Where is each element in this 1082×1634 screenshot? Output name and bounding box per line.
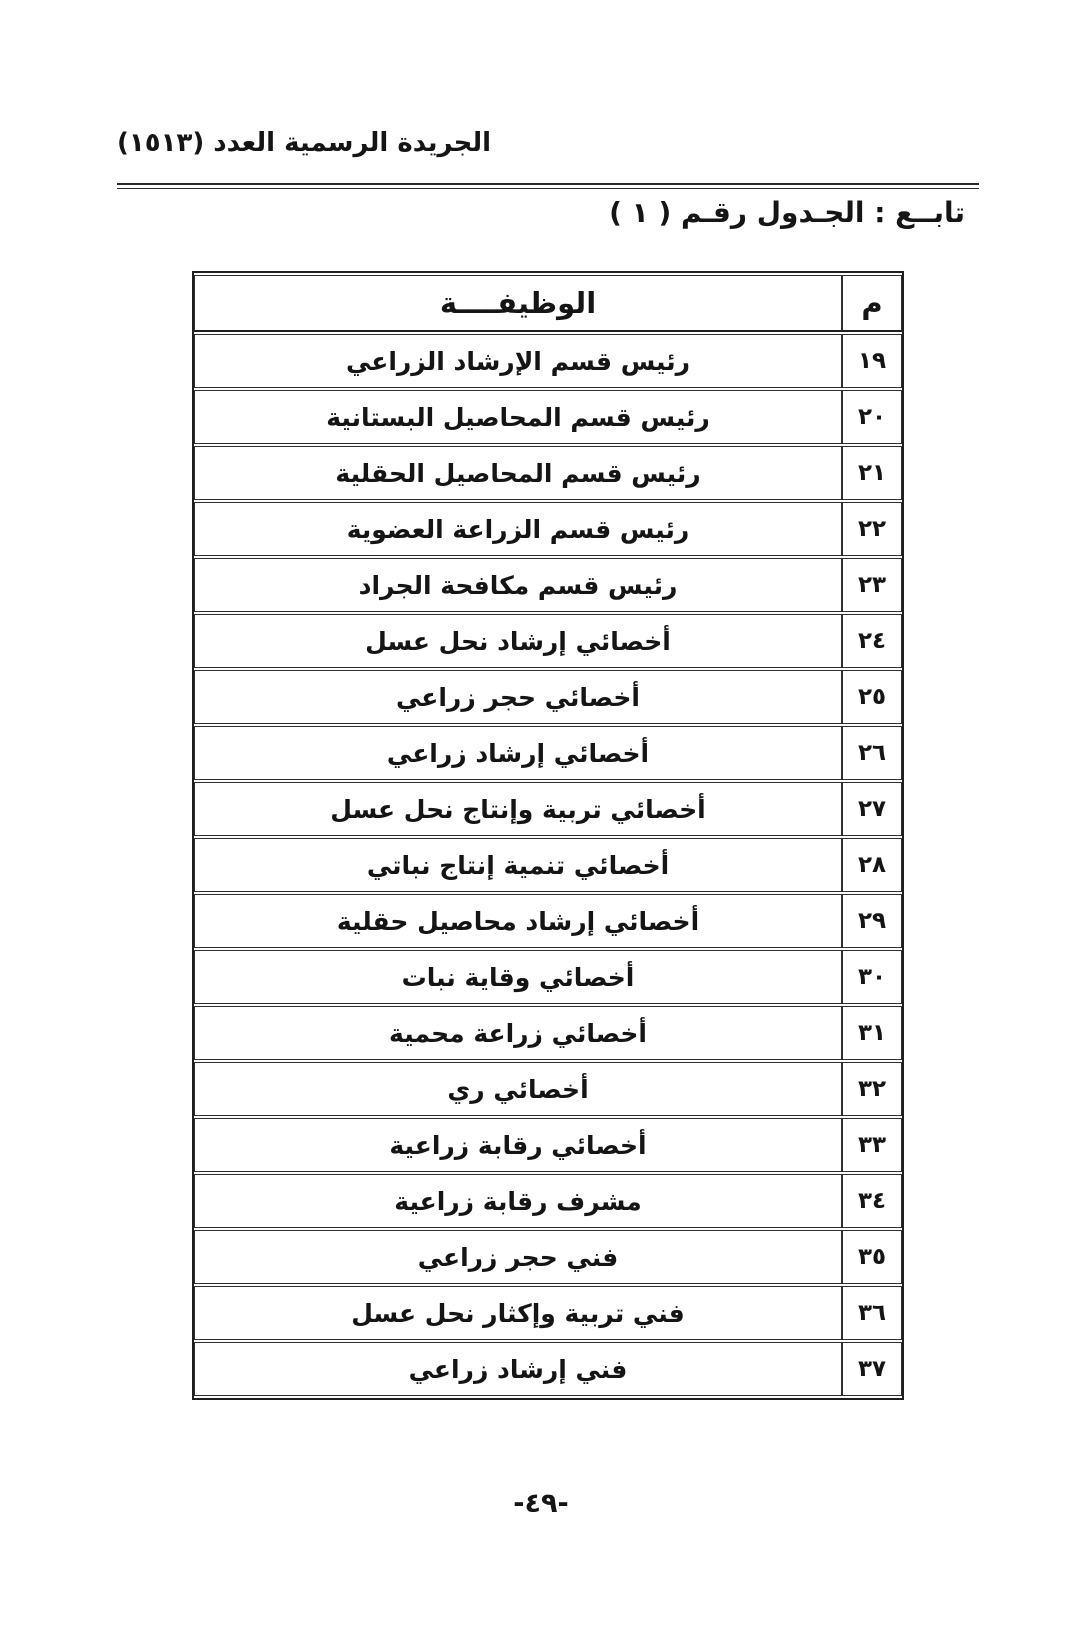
- table-row: ٢٦أخصائي إرشاد زراعي: [194, 726, 902, 780]
- positions-table: م الوظيفــــة ١٩رئيس قسم الإرشاد الزراعي…: [192, 271, 904, 1400]
- gazette-page: الجريدة الرسمية العدد (١٥١٣) تابــع : ال…: [0, 0, 1082, 1634]
- job-title-cell: أخصائي إرشاد نحل عسل: [194, 614, 842, 668]
- row-number-cell: ٢٥: [842, 670, 902, 724]
- job-title-cell: أخصائي زراعة محمية: [194, 1006, 842, 1060]
- table-row: ٢٥أخصائي حجر زراعي: [194, 670, 902, 724]
- job-title-cell: رئيس قسم الإرشاد الزراعي: [194, 334, 842, 388]
- row-number-cell: ٣٧: [842, 1342, 902, 1396]
- table-row: ٣٢أخصائي ري: [194, 1062, 902, 1116]
- table-row: ٢١رئيس قسم المحاصيل الحقلية: [194, 446, 902, 500]
- job-title-cell: أخصائي رقابة زراعية: [194, 1118, 842, 1172]
- row-number-cell: ٢٣: [842, 558, 902, 612]
- positions-table-container: م الوظيفــــة ١٩رئيس قسم الإرشاد الزراعي…: [192, 271, 904, 1400]
- row-number-cell: ٢٠: [842, 390, 902, 444]
- page-number: -٤٩-: [0, 1488, 1082, 1519]
- job-title-cell: فني إرشاد زراعي: [194, 1342, 842, 1396]
- row-number-cell: ٢٩: [842, 894, 902, 948]
- job-title-cell: رئيس قسم المحاصيل الحقلية: [194, 446, 842, 500]
- job-title-cell: فني حجر زراعي: [194, 1230, 842, 1284]
- job-title-cell: فني تربية وإكثار نحل عسل: [194, 1286, 842, 1340]
- table-row: ٣٥فني حجر زراعي: [194, 1230, 902, 1284]
- table-row: ٢٨أخصائي تنمية إنتاج نباتي: [194, 838, 902, 892]
- table-body: ١٩رئيس قسم الإرشاد الزراعي٢٠رئيس قسم الم…: [194, 334, 902, 1396]
- table-row: ٢٣رئيس قسم مكافحة الجراد: [194, 558, 902, 612]
- row-number-cell: ٣٢: [842, 1062, 902, 1116]
- row-number-cell: ٢١: [842, 446, 902, 500]
- row-number-cell: ٣٣: [842, 1118, 902, 1172]
- table-header: م الوظيفــــة: [194, 275, 902, 332]
- row-number-cell: ١٩: [842, 334, 902, 388]
- row-number-cell: ٢٧: [842, 782, 902, 836]
- gazette-title: الجريدة الرسمية العدد (١٥١٣): [117, 128, 491, 158]
- table-row: ٣٤مشرف رقابة زراعية: [194, 1174, 902, 1228]
- job-title-cell: أخصائي تربية وإنتاج نحل عسل: [194, 782, 842, 836]
- table-row: ٣٧فني إرشاد زراعي: [194, 1342, 902, 1396]
- job-title-cell: أخصائي ري: [194, 1062, 842, 1116]
- table-row: ٣١أخصائي زراعة محمية: [194, 1006, 902, 1060]
- row-number-cell: ٢٢: [842, 502, 902, 556]
- table-row: ٣٠أخصائي وقاية نبات: [194, 950, 902, 1004]
- table-row: ٣٦فني تربية وإكثار نحل عسل: [194, 1286, 902, 1340]
- table-row: ٢٩أخصائي إرشاد محاصيل حقلية: [194, 894, 902, 948]
- job-title-cell: أخصائي إرشاد زراعي: [194, 726, 842, 780]
- job-title-cell: أخصائي إرشاد محاصيل حقلية: [194, 894, 842, 948]
- row-number-cell: ٣٠: [842, 950, 902, 1004]
- table-row: ٢٠رئيس قسم المحاصيل البستانية: [194, 390, 902, 444]
- table-row: ٢٧أخصائي تربية وإنتاج نحل عسل: [194, 782, 902, 836]
- job-title-cell: رئيس قسم مكافحة الجراد: [194, 558, 842, 612]
- job-title-cell: أخصائي حجر زراعي: [194, 670, 842, 724]
- table-row: ٣٣أخصائي رقابة زراعية: [194, 1118, 902, 1172]
- row-number-cell: ٢٨: [842, 838, 902, 892]
- table-row: ١٩رئيس قسم الإرشاد الزراعي: [194, 334, 902, 388]
- row-number-cell: ٣٤: [842, 1174, 902, 1228]
- row-number-cell: ٣١: [842, 1006, 902, 1060]
- job-title-cell: رئيس قسم المحاصيل البستانية: [194, 390, 842, 444]
- row-number-cell: ٣٥: [842, 1230, 902, 1284]
- job-title-cell: أخصائي تنمية إنتاج نباتي: [194, 838, 842, 892]
- header-job-cell: الوظيفــــة: [194, 275, 842, 332]
- header-divider-rule: [117, 183, 979, 189]
- row-number-cell: ٢٤: [842, 614, 902, 668]
- table-row: ٢٤أخصائي إرشاد نحل عسل: [194, 614, 902, 668]
- row-number-cell: ٢٦: [842, 726, 902, 780]
- table-row: ٢٢رئيس قسم الزراعة العضوية: [194, 502, 902, 556]
- job-title-cell: مشرف رقابة زراعية: [194, 1174, 842, 1228]
- job-title-cell: رئيس قسم الزراعة العضوية: [194, 502, 842, 556]
- header-number-cell: م: [842, 275, 902, 332]
- table-header-row: م الوظيفــــة: [194, 275, 902, 332]
- table-subtitle: تابــع : الجـدول رقـم ( ١ ): [609, 196, 965, 229]
- row-number-cell: ٣٦: [842, 1286, 902, 1340]
- job-title-cell: أخصائي وقاية نبات: [194, 950, 842, 1004]
